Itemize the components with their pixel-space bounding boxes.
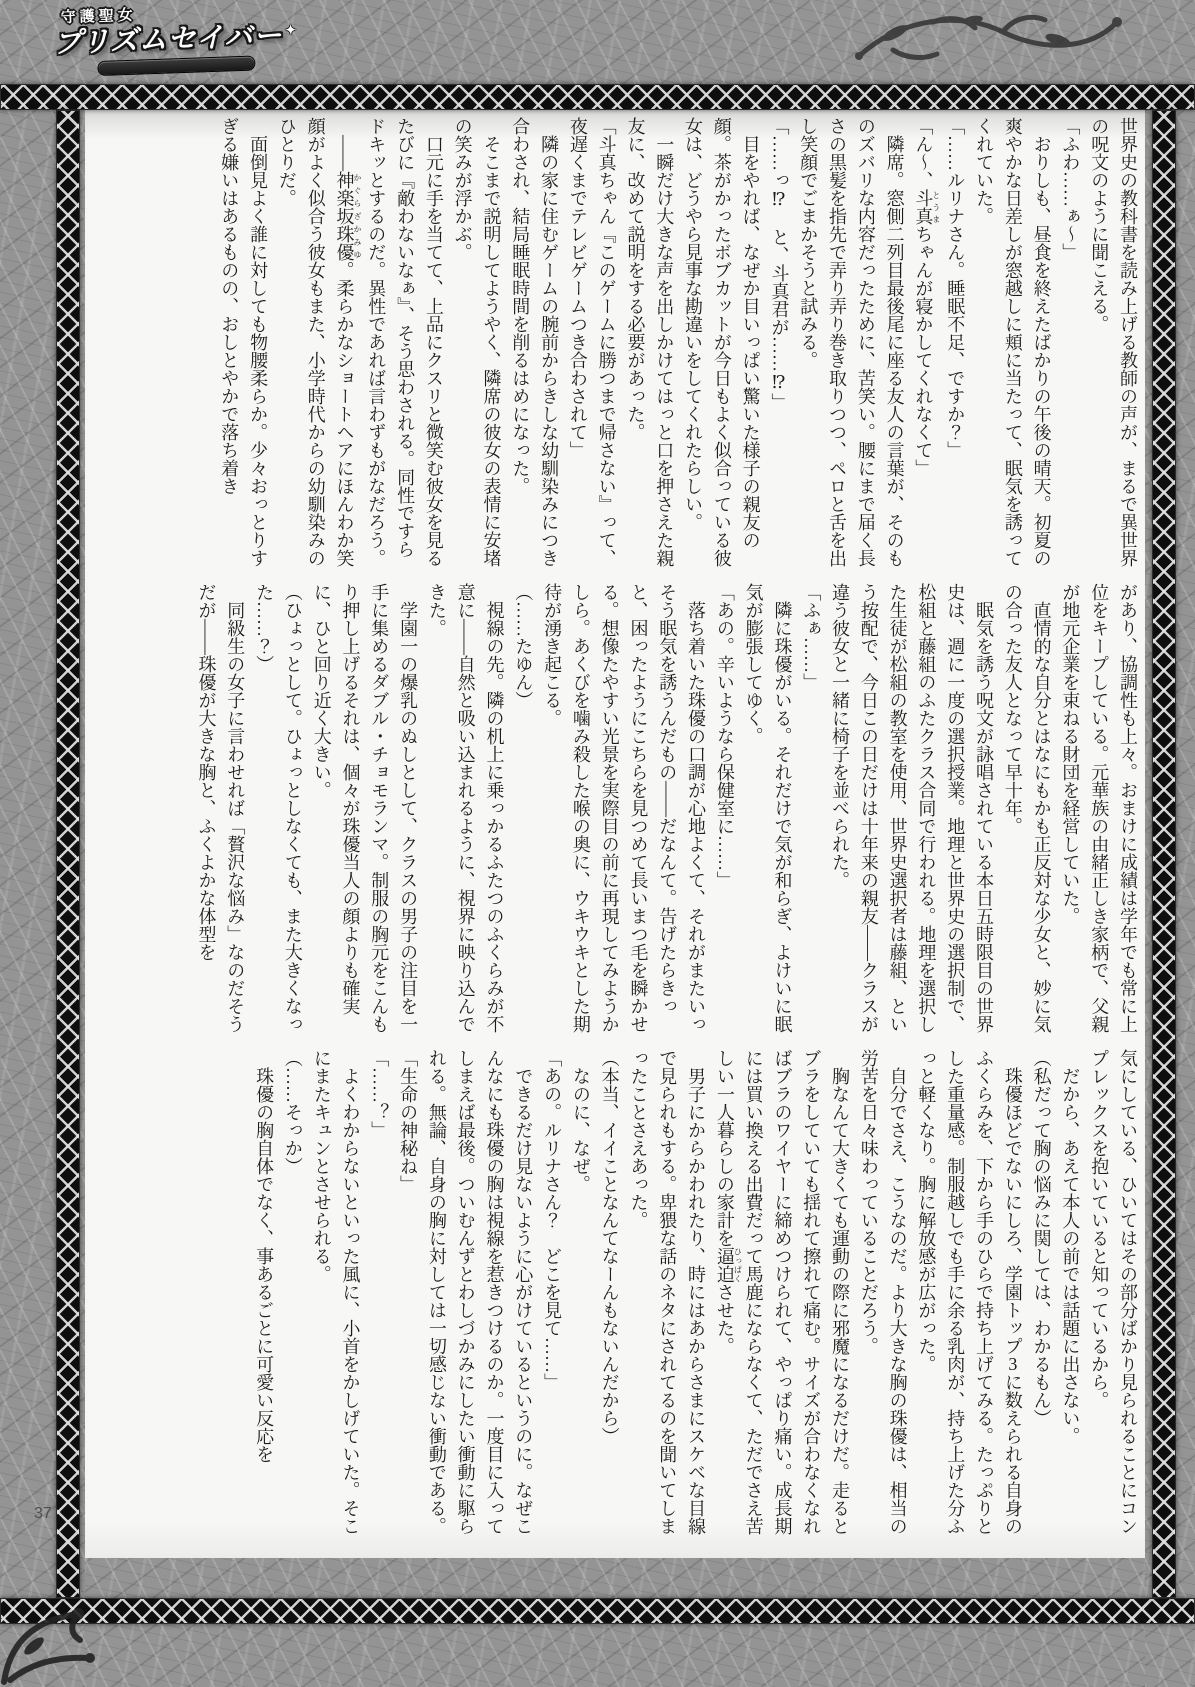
paragraph: 直情的な自分とはなにもかも正反対な少女と、妙に気の合った友人となって早十年。 <box>998 583 1056 1037</box>
paragraph: 隣の家に住むゲームの腕前からきしな幼馴染みにつき合わされ、結局睡眠時間を削るはめ… <box>505 117 563 571</box>
paragraph: 自分でさえ、こうなのだ。より大きな胸の珠優は、相当の労苦を日々味わっていることだ… <box>854 1049 912 1535</box>
paragraph: 「あの。ルリナさん？ どこを見て……」 <box>537 1049 566 1535</box>
ornament-border-right <box>1152 110 1176 1598</box>
paragraph: できるだけ見ないように心がけているというのに。なぜこんなにも珠優の胸は視線を惹き… <box>422 1049 537 1535</box>
paragraph: 「ふわ……ぁ〜」 <box>1056 117 1085 571</box>
paragraph: 「生命の神秘ね」 <box>393 1049 422 1535</box>
paragraph: 隣席。窓側二列目最後尾に座る友人の言葉が、そのものズバリな内容だったために、苦笑… <box>793 117 908 571</box>
paragraph: 眠気を誘う呪文が詠唱されている本日五時限目の世界史は、週に一度の選択授業。地理と… <box>825 583 998 1037</box>
ornament-border-left <box>56 110 80 1598</box>
paragraph: 胸なんて大きくても運動の際に邪魔になるだけだ。走るとブラをしていても揺れて擦れて… <box>710 1049 854 1535</box>
paragraph: があり、協調性も上々。おまけに成績は学年でも常に上位をキープしている。元華族の由… <box>1056 583 1142 1037</box>
text-band-2: があり、協調性も上々。おまけに成績は学年でも常に上位をキープしている。元華族の由… <box>88 583 1142 1037</box>
paragraph: 同級生の女子に言わせれば「贅沢な悩み」なのだそうだが――珠優が大きな胸と、ふくよ… <box>192 583 250 1037</box>
paragraph: 一瞬だけ大きな声を出しかけてはっと口を押さえた親友に、改めて説明をする必要があっ… <box>621 117 679 571</box>
novel-page: 守護聖女 プリズムセイバー 世界史 <box>0 0 1195 1687</box>
paragraph: 「ん〜、斗真とうまちゃんが寝かしてくれなくて」 <box>909 117 941 571</box>
ornament-border-bottom <box>0 1598 1195 1624</box>
paragraph: 落ち着いた珠優の口調が心地よくて、それがまたいっそう眠気を誘うんだもの――だなん… <box>537 583 710 1037</box>
paragraph: ――神楽坂珠優かぐらざかみゆ。柔らかなショートヘアにほんわか笑顔がよく似合う彼女… <box>272 117 361 571</box>
paragraph: 隣に珠優がいる。それだけで気が和らぎ、よけいに眠気が膨張してゆく。 <box>739 583 797 1037</box>
paragraph: だから、あえて本人の前では話題に出さない。 <box>1056 1049 1085 1535</box>
paragraph: 視線の先。隣の机上に乗っかるふたつのふくらみが不意に――自然と吸い込まれるように… <box>422 583 508 1037</box>
paragraph: よくわからないといった風に、小首をかしげていた。そこにまたキュンとさせられる。 <box>307 1049 365 1535</box>
paragraph: なのに、なぜ。 <box>566 1049 595 1535</box>
paragraph: 「ふぁ……」 <box>796 583 825 1037</box>
text-band-3: 気にしている、ひいてはその部分ばかり見られることにコンプレックスを抱いていると知… <box>88 1049 1142 1535</box>
paragraph: （ひょっとして。ひょっとしなくても、また大きくなった……？） <box>249 583 307 1037</box>
paragraph: 学園一の爆乳のぬしとして、クラスの男子の注目を一手に集めるダブル・チョモランマ。… <box>307 583 422 1037</box>
paragraph: （……そっか） <box>278 1049 307 1535</box>
paragraph: （本当、イイことなんてなーんもないんだから） <box>595 1049 624 1535</box>
paragraph: おりしも、昼食を終えたばかりの午後の晴天。初夏の爽やかな日差しが窓越しに頬に当た… <box>969 117 1055 571</box>
paragraph: 「あの。辛いようなら保健室に……」 <box>710 583 739 1037</box>
logo-ribbon <box>98 57 254 75</box>
paragraph: 「……ルリナさん。睡眠不足、ですか？」 <box>940 117 969 571</box>
paragraph: 珠優の胸自体でなく、事あるごとに可愛い反応を <box>249 1049 278 1535</box>
paragraph: そこまで説明してようやく、隣席の彼女の表情に安堵の笑みが浮かぶ。 <box>448 117 506 571</box>
page-number: 37 <box>34 1505 52 1523</box>
paragraph: 目をやれば、なぜか目いっぱい驚いた様子の親友の顔。茶がかったボブカットが今日もよ… <box>678 117 764 571</box>
paragraph: 面倒見よく誰に対しても物腰柔らか。少々おっとりすぎる嫌いはあるものの、おしとやか… <box>215 117 273 571</box>
floral-ornament-top-right <box>853 6 1123 72</box>
paragraph: 「斗真ちゃん『このゲームに勝つまで帰さない』って、夜遅くまでテレビゲームつき合わ… <box>563 117 621 571</box>
paragraph: （私だって胸の悩みに関しては、わかるもん） <box>1027 1049 1056 1535</box>
paragraph: 男子にからかわれたり、時にはあからさまにスケベな目線で見られもする。卑猥な話のネ… <box>624 1049 710 1535</box>
paragraph: 口元に手を当てて、上品にクスリと微笑む彼女を見るたびに『敵わないなぁ』、そう思わ… <box>361 117 447 571</box>
text-band-1: 世界史の教科書を読み上げる教師の声が、まるで異世界の呪文のように聞こえる。「ふわ… <box>88 117 1142 571</box>
paragraph: 「……？」 <box>364 1049 393 1535</box>
paragraph: 気にしている、ひいてはその部分ばかり見られることにコンプレックスを抱いていると知… <box>1084 1049 1142 1535</box>
paragraph: 「……っ⁉ と、斗真君が……⁉」 <box>765 117 794 571</box>
series-logo: 守護聖女 プリズムセイバー <box>52 0 315 109</box>
paragraph: 珠優ほどでないにしろ、学園トップ3に数えられる自身のふくらみを、下から手のひらで… <box>912 1049 1027 1535</box>
paragraph: 世界史の教科書を読み上げる教師の声が、まるで異世界の呪文のように聞こえる。 <box>1084 117 1142 571</box>
paragraph: （……たゆん） <box>508 583 537 1037</box>
corner-ornament-bottom-left <box>0 1602 100 1687</box>
